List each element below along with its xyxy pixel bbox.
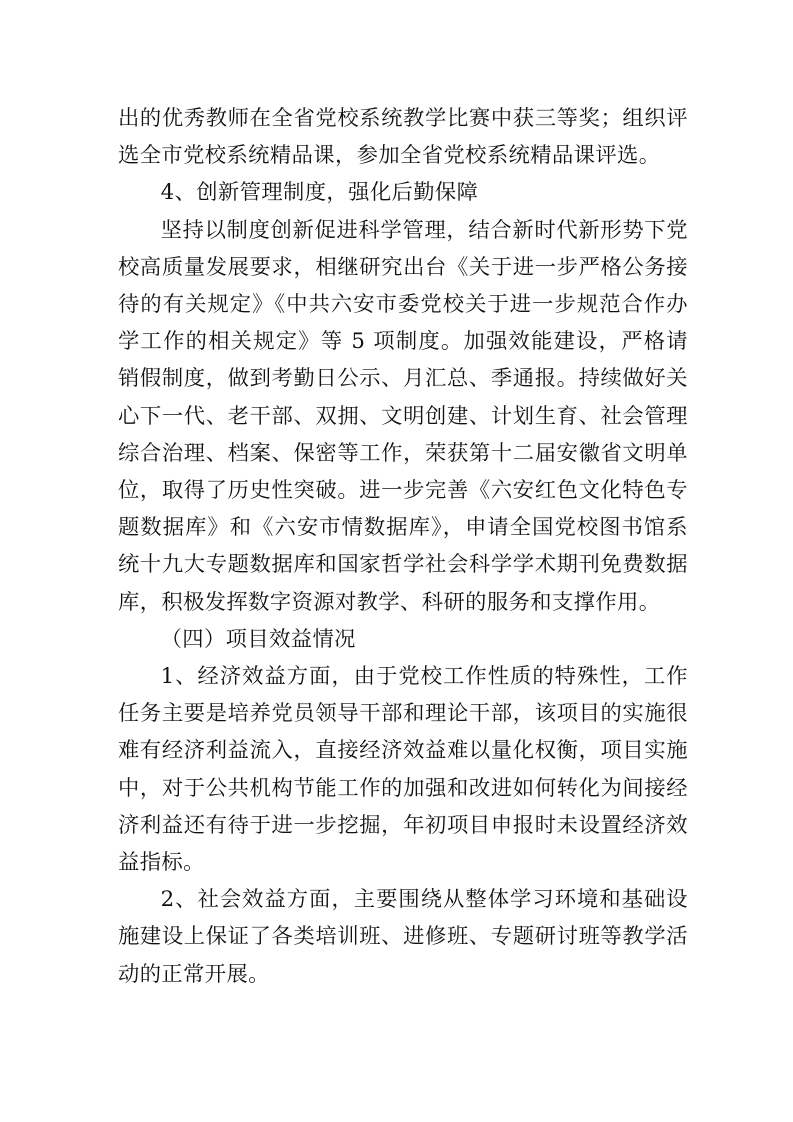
paragraph-body: 1、经济效益方面，由于党校工作性质的特殊性，工作任务主要是培养党员领导干部和理论… xyxy=(118,658,688,881)
paragraph-body: 坚持以制度创新促进科学管理，结合新时代新形势下党校高质量发展要求，相继研究出台《… xyxy=(118,212,688,621)
document-body: 出的优秀教师在全省党校系统教学比赛中获三等奖；组织评选全市党校系统精品课，参加全… xyxy=(118,100,688,993)
paragraph-numbered-heading: 4、创新管理制度，强化后勤保障 xyxy=(118,174,688,211)
paragraph-section-heading: （四）项目效益情况 xyxy=(118,621,688,658)
paragraph-body: 2、社会效益方面，主要围绕从整体学习环境和基础设施建设上保证了各类培训班、进修班… xyxy=(118,881,688,993)
document-page: 出的优秀教师在全省党校系统教学比赛中获三等奖；组织评选全市党校系统精品课，参加全… xyxy=(0,0,793,1122)
paragraph-body-continuation: 出的优秀教师在全省党校系统教学比赛中获三等奖；组织评选全市党校系统精品课，参加全… xyxy=(118,100,688,174)
